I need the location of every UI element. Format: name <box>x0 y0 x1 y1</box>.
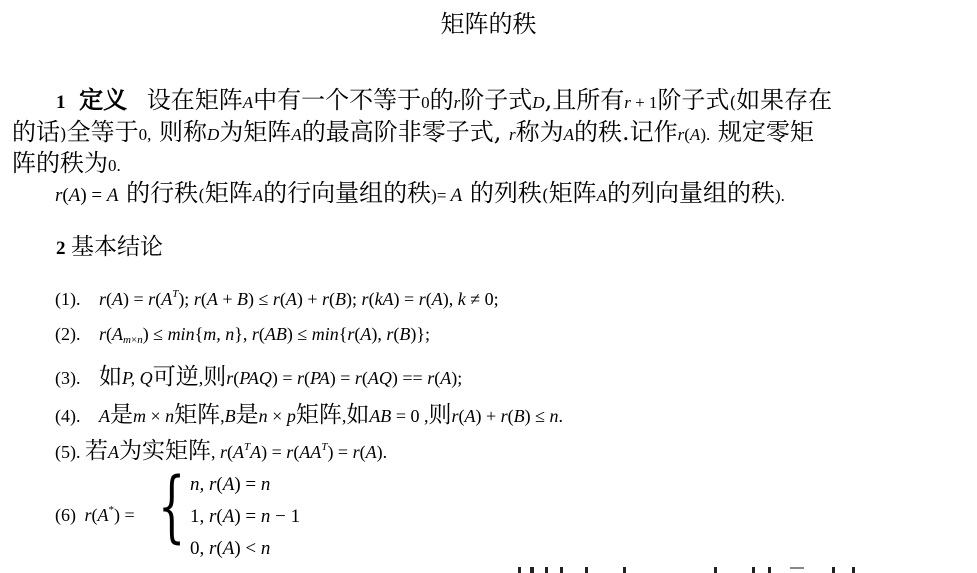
item-lhs: r(A*) = <box>85 505 135 525</box>
cutoff-text-fragment <box>623 567 626 573</box>
section1-text-line1: 设在矩阵A中有一个不等于0的r阶子式D,且所有r + 1阶子式(如果存在 <box>147 86 832 114</box>
cutoff-text-fragment <box>545 567 548 573</box>
section1-line1: 1 定义 设在矩阵A中有一个不等于0的r阶子式D,且所有r + 1阶子式(如果存… <box>56 80 832 115</box>
list-item-1: (1). r(A) = r(AT); r(A + B) ≤ r(A) + r(B… <box>55 288 499 310</box>
list-item-3: (3). 如P, Q可逆,则r(PAQ) = r(PA) = r(AQ) == … <box>55 358 462 391</box>
section1-number: 1 <box>56 92 66 113</box>
item-label: (1). <box>55 289 81 309</box>
section1-name: 定义 <box>79 86 127 114</box>
page-title: 矩阵的秩 <box>0 4 977 39</box>
case-2: 1, r(A) = n − 1 <box>190 506 300 528</box>
item-formula: 如P, Q可逆,则r(PAQ) = r(PA) = r(AQ) == r(A); <box>99 368 462 388</box>
item-formula: r(Am×n) ≤ min{m, n}, r(AB) ≤ min{r(A), r… <box>99 324 430 344</box>
cutoff-text-fragment <box>560 567 563 573</box>
cutoff-text-fragment <box>752 567 755 573</box>
item-formula: r(A) = r(AT); r(A + B) ≤ r(A) + r(B); r(… <box>99 289 499 309</box>
section1-text-line4: r(A) = A 的行秩(矩阵A的行向量组的秩)= A 的列秩(矩阵A的列向量组… <box>55 173 785 208</box>
item-formula: A是m × n矩阵,B是n × p矩阵,如AB = 0 ,则r(A) + r(B… <box>99 406 563 426</box>
section1-text-line2: 的话)全等于0, 则称D为矩阵A的最高阶非零子式, r称为A的秩.记作r(A).… <box>12 112 814 147</box>
list-item-4: (4). A是m × n矩阵,B是n × p矩阵,如AB = 0 ,则r(A) … <box>55 396 563 429</box>
item-label: (2). <box>55 324 81 344</box>
item-label: (6) <box>55 505 76 525</box>
item-label: (3). <box>55 368 81 388</box>
item-formula: 若A为实矩阵, r(ATA) = r(AAT) = r(A). <box>85 442 387 462</box>
list-item-6: (6) r(A*) = <box>55 504 135 526</box>
section2-name: 基本结论 <box>71 234 163 260</box>
cutoff-text-fragment <box>832 567 835 573</box>
cutoff-text-fragment <box>852 567 855 573</box>
case-1: n, r(A) = n <box>190 474 270 496</box>
item-label: (5). <box>55 442 81 462</box>
list-item-5: (5). 若A为实矩阵, r(ATA) = r(AAT) = r(A). <box>55 432 387 465</box>
cutoff-text-fragment <box>714 567 717 573</box>
cutoff-text-fragment <box>585 567 588 573</box>
cutoff-text-fragment <box>768 567 771 573</box>
cutoff-text-fragment <box>790 567 804 569</box>
left-brace: { <box>158 468 185 546</box>
cutoff-text-fragment <box>518 567 521 573</box>
section2-heading: 2 基本结论 <box>56 228 163 261</box>
case-3: 0, r(A) < n <box>190 538 270 560</box>
cutoff-text-fragment <box>530 567 534 573</box>
item-label: (4). <box>55 406 81 426</box>
section2-number: 2 <box>56 238 66 259</box>
list-item-2: (2). r(Am×n) ≤ min{m, n}, r(AB) ≤ min{r(… <box>55 324 430 346</box>
